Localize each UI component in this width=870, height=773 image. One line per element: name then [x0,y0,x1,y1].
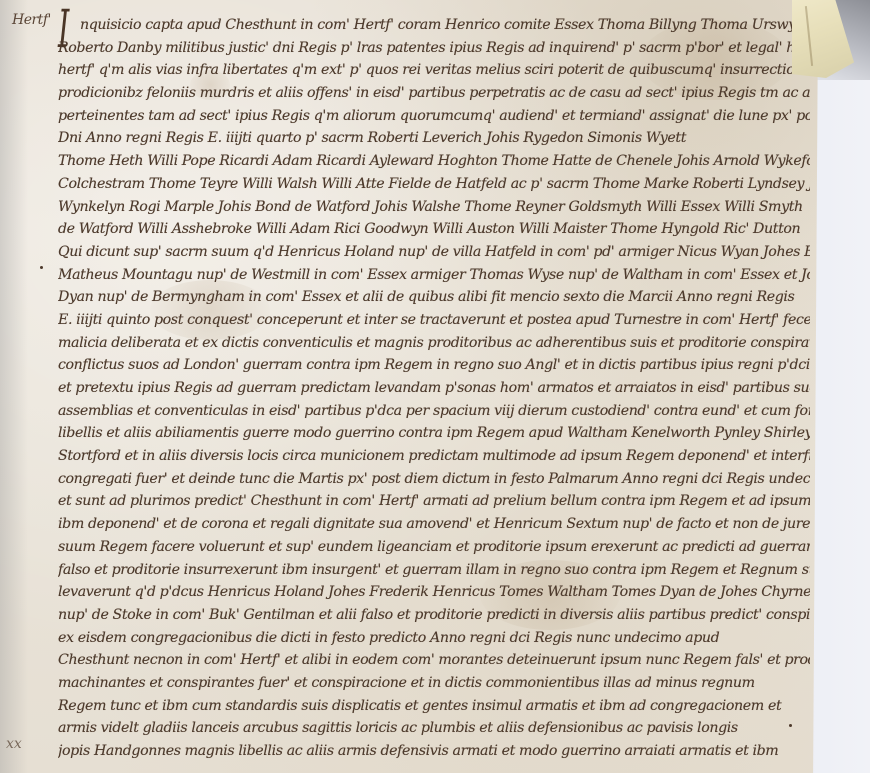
text-line: et sunt ad plurimos predict' Chesthunt i… [58,490,810,513]
margin-dot [40,266,43,269]
text-line: Matheus Mountagu nup' de Westmill in com… [58,264,810,287]
margin-annotation: xx [6,736,22,752]
marginal-heading: Hertf' [12,12,51,28]
text-line: Chesthunt necnon in com' Hertf' et alibi… [58,649,810,672]
text-line: jopis Handgonnes magnis libellis ac alii… [58,740,810,763]
text-line: et pretextu ipius Regis ad guerram predi… [58,377,810,400]
text-line: malicia deliberata et ex dictis conventi… [58,332,810,355]
text-line: Wynkelyn Rogi Marple Johis Bond de Watfo… [58,196,810,219]
text-line: nquisicio capta apud Chesthunt in com' H… [58,14,810,37]
text-line: Stortford et in aliis diversis locis cir… [58,445,810,468]
left-edge-shadow [0,0,28,773]
line-end-dot [789,724,792,727]
text-line: perteinentes tam ad sect' ipius Regis q'… [58,105,810,128]
text-line: Roberto Danby militibus justic' dni Regi… [58,37,810,60]
text-line: Colchestram Thome Teyre Willi Walsh Will… [58,173,810,196]
text-line: levaverunt q'd p'dcus Henricus Holand Jo… [58,581,810,604]
parchment-sheet: Hertf' I nquisicio capta apud Chesthunt … [0,0,818,773]
text-line: ibm deponend' et de corona et regali dig… [58,513,810,536]
text-line: Thome Heth Willi Pope Ricardi Adam Ricar… [58,150,810,173]
text-line: hertf' q'm alis vias infra libertates q'… [58,59,810,82]
text-line: Dyan nup' de Bermyngham in com' Essex et… [58,286,810,309]
text-line: conflictus suos ad London' guerram contr… [58,354,810,377]
text-line: prodicionibz feloniis murdris et aliis o… [58,82,810,105]
text-line: Regem tunc et ibm cum standardis suis di… [58,695,810,718]
text-line: armis videlt gladiis lanceis arcubus sag… [58,717,810,740]
text-line: falso et proditorie insurrexerunt ibm in… [58,559,810,582]
text-line: assemblias et conventiculas in eisd' par… [58,400,810,423]
text-line: Dni Anno regni Regis E. iiijti quarto p'… [58,127,810,150]
text-line: ex eisdem congregacionibus die dicti in … [58,627,810,650]
text-line: congregati fuer' et deinde tunc die Mart… [58,468,810,491]
manuscript-text: nquisicio capta apud Chesthunt in com' H… [58,14,810,763]
text-line: suum Regem facere voluerunt et sup' eund… [58,536,810,559]
text-line: nup' de Stoke in com' Buk' Gentilman et … [58,604,810,627]
text-line: de Watford Willi Asshebroke Willi Adam R… [58,218,810,241]
text-line: E. iiijti quinto post conquest' conceper… [58,309,810,332]
text-line: libellis et aliis abiliamentis guerre mo… [58,422,810,445]
text-line: machinantes et conspirantes fuer' et con… [58,672,810,695]
text-line: Qui dicunt sup' sacrm suum q'd Henricus … [58,241,810,264]
